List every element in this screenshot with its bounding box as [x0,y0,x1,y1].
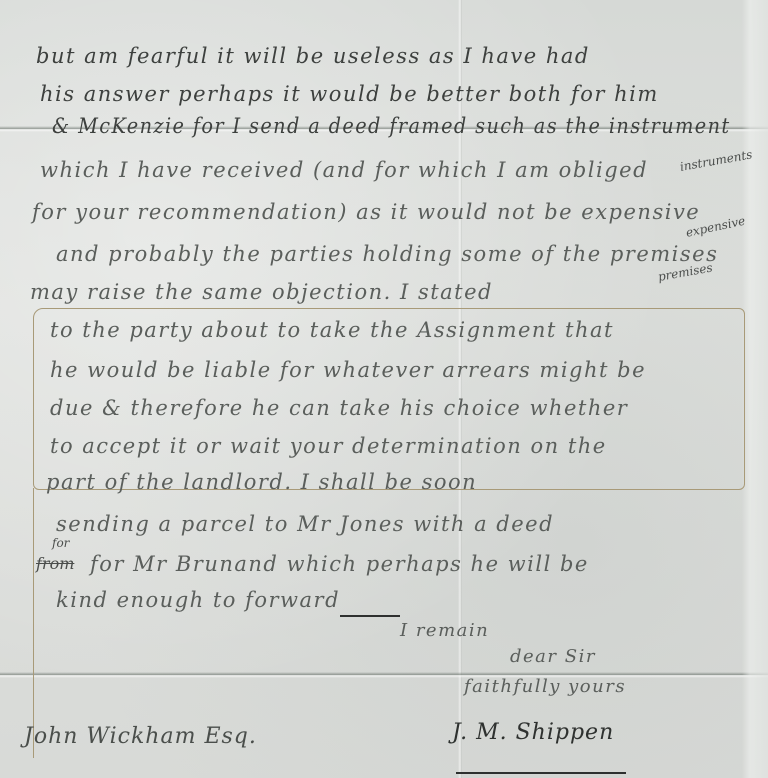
body-line-9: he would be liable for whatever arrears … [50,358,646,382]
body-line-15: kind enough to forward [56,588,340,612]
body-line-3: & McKenzie for I send a deed framed such… [52,114,731,138]
body-line-2: his answer perhaps it would be better bo… [40,82,659,106]
body-line-8: to the party about to take the Assignmen… [50,318,614,342]
interlineation-for: for [52,536,69,550]
horizontal-fold-bottom [0,672,768,678]
body-line-11: to accept it or wait your determination … [50,434,607,458]
closing-line-3: faithfully yours [464,676,626,697]
body-line-4: which I have received (and for which I a… [40,158,648,182]
body-line-12: part of the landlord. I shall be soon [46,470,477,494]
closing-line-1: I remain [400,620,489,641]
addressee: John Wickham Esq. [24,724,257,749]
closing-line-2: dear Sir [510,646,596,667]
body-line-14: for Mr Brunand which perhaps he will be [90,552,589,576]
signature: J. M. Shippen [452,720,614,745]
body-line-5: for your recommendation) as it would not… [32,200,700,224]
struck-word-from: from [36,554,74,573]
body-line-10: due & therefore he can take his choice w… [50,396,628,420]
signature-flourish [456,772,626,774]
body-line-7: may raise the same objection. I stated [30,280,493,304]
letter-page: but am fearful it will be useless as I h… [0,0,768,778]
body-line-6: and probably the parties holding some of… [56,242,718,266]
body-line-13: sending a parcel to Mr Jones with a deed [56,512,554,536]
paper-edge [742,0,768,778]
margin-bracket-tail [33,488,34,758]
underline-forward [340,615,400,617]
body-line-1: but am fearful it will be useless as I h… [36,44,590,68]
